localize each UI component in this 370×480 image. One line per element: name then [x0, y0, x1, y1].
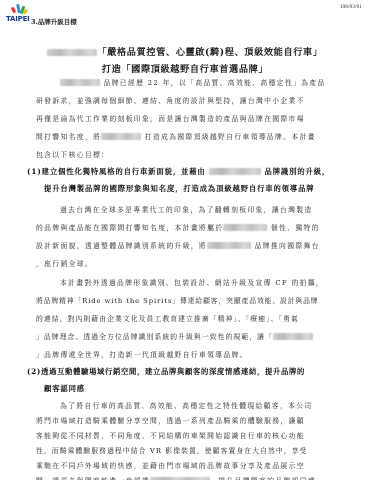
redacted-brand-name: [101, 133, 141, 140]
goal-1-p2-line-5: 」品牌傳遞全世界，打造新一代頂級越野自行車領導品牌。: [36, 349, 248, 359]
redacted-brand-name: [223, 224, 267, 231]
goal-1-p1-text-3b: 品牌推向國際舞台: [255, 242, 320, 250]
goal-1-title-a: (1)建立個性化獨特風格的自行車新面貌，並藉由: [27, 167, 206, 176]
headline-line-1: 「嚴格品質控管、心靈啟(騎)程、頂級效能自行車」: [0, 44, 370, 58]
intro-text-4b: 打造成為國際頂級越野自行車領導品牌。本計畫: [145, 133, 316, 141]
goal-2-p1-line-5: 乘馳在不同戶外場域的快感，並藉由門市場域的品牌故事分享及產品展示空: [36, 460, 305, 470]
goal-1-p1-line-1: 過去台灣在全球多是專業代工的印象，為了翻轉刻板印象，讓台灣製造: [60, 204, 313, 214]
intro-line-1: 品牌已經歷 22 年，以「高品質、高效能、高穩定性」為產品: [60, 77, 326, 87]
redacted-brand-name: [207, 242, 251, 249]
intro-line-4: 間打響知名度，將 打造成為國際頂級越野自行車領導品牌。本計畫: [36, 131, 316, 141]
logo-stripe-yellow: [23, 9, 29, 15]
intro-line-5: 包含以下核心目標：: [36, 149, 109, 159]
goal-2-p1-line-1: 為了將自行車的高品質、高效能、高穩定性之特性體現給顧客，本公司: [60, 400, 313, 410]
goal-1-p1-line-4: ，座行銷全球。: [36, 258, 93, 268]
goal-1-p1-line-3: 設計新面貌，透過整體品牌識別系統的升級，將 品牌推向國際舞台: [36, 240, 320, 250]
goal-1-p2-text-4a: 」品牌理念。透過全方位品牌識別系統的升級與一致性的規範，讓「: [36, 333, 273, 341]
goal-2-title-line-2: 顧客認同感: [44, 384, 85, 394]
goal-2-p1-line-4: 性，而騎乘體驗服務過程中結合 VR 影像裝置，使顧客置身在大自然中，享受: [36, 445, 307, 455]
taipei-logo: TAIPEI: [6, 4, 30, 26]
document-date: 106/03/01: [340, 4, 362, 10]
headline-line-2: 打造「國際頂級越野自行車首選品牌」: [0, 61, 370, 75]
headline-text-1: 「嚴格品質控管、心靈啟(騎)程、頂級效能自行車」: [97, 47, 322, 58]
goal-1-p1-line-2: 的品牌與產品能在國際間打響知名度，本計畫將屬於 個性、獨特的: [36, 222, 320, 232]
goal-1-p1-text-2b: 個性、獨特的: [271, 224, 320, 232]
goal-1-p2-line-1: 本計畫對外透過品牌形象識別、包裝設計、網站升級及宣傳 CF 的拍攝，: [60, 277, 324, 287]
goal-1-title-line-2: 提升台灣製品牌的國際形象與知名度，打造成為頂級越野自行車的領導品牌: [44, 184, 315, 194]
logo-stripe-red: [11, 7, 17, 14]
goal-1-title-line-1: (1)建立個性化獨特風格的自行車新面貌，並藉由 品牌識別的升級，: [27, 167, 330, 177]
intro-text-1: 品牌已經歷 22 年，以「高品質、高效能、高穩定性」為產品: [104, 79, 326, 87]
section-title: 3.品牌升級目標: [31, 17, 77, 26]
goal-1-p2-line-2: 將品牌精神「Ride with the Spirits」傳達給顧客，突顯產品效能…: [36, 295, 319, 305]
logo-text: TAIPEI: [6, 15, 30, 23]
goal-2-p1-line-3: 客能夠從不同材質、不同角度、不同結構的車架開始認識自行車的核心功能: [36, 430, 305, 440]
redacted-brand-name: [209, 168, 261, 175]
redacted-brand-name: [273, 333, 313, 340]
goal-1-p2-line-4: 」品牌理念。透過全方位品牌識別系統的升級與一致性的規範，讓「: [36, 331, 313, 341]
goal-1-title-b: 品牌識別的升級，: [265, 167, 331, 176]
goal-1-p1-text-3a: 設計新面貌，透過整體品牌識別系統的升級，將: [36, 242, 207, 250]
redacted-brand-name: [47, 49, 97, 56]
intro-line-2: 研發訴求，並強調每個細節、連結、角度的設計與堅持，讓台灣中小企業不: [36, 95, 305, 105]
goal-2-title-line-1: (2)透過互動體驗場域行銷空間，建立品牌與顧客的深度情感連結，提升品牌的: [27, 367, 305, 377]
goal-2-p1-line-2: 將門市場域打造騎乘體驗分享空間，透過一系列產品騎乘的體驗服務，讓顧: [36, 415, 305, 425]
goal-1-p2-line-3: 的連結，對內則藉由企業文化及員工教育建立推廣「精神」、「療癒」、「勇氣: [36, 313, 299, 323]
goal-1-p1-text-2a: 的品牌與產品能在國際間打響知名度，本計畫將屬於: [36, 224, 223, 232]
goal-2-p1-line-6: 間，讓更多與顧客能進一步認識，提升目標顧客的品牌認同感。: [36, 475, 324, 480]
intro-text-4a: 間打響知名度，將: [36, 133, 101, 141]
intro-line-3: 再僅是淪為代工作業的刻板印象，而是讓台灣製造的產品與品牌在國際市場: [36, 113, 305, 123]
redacted-brand-name: [60, 79, 100, 86]
